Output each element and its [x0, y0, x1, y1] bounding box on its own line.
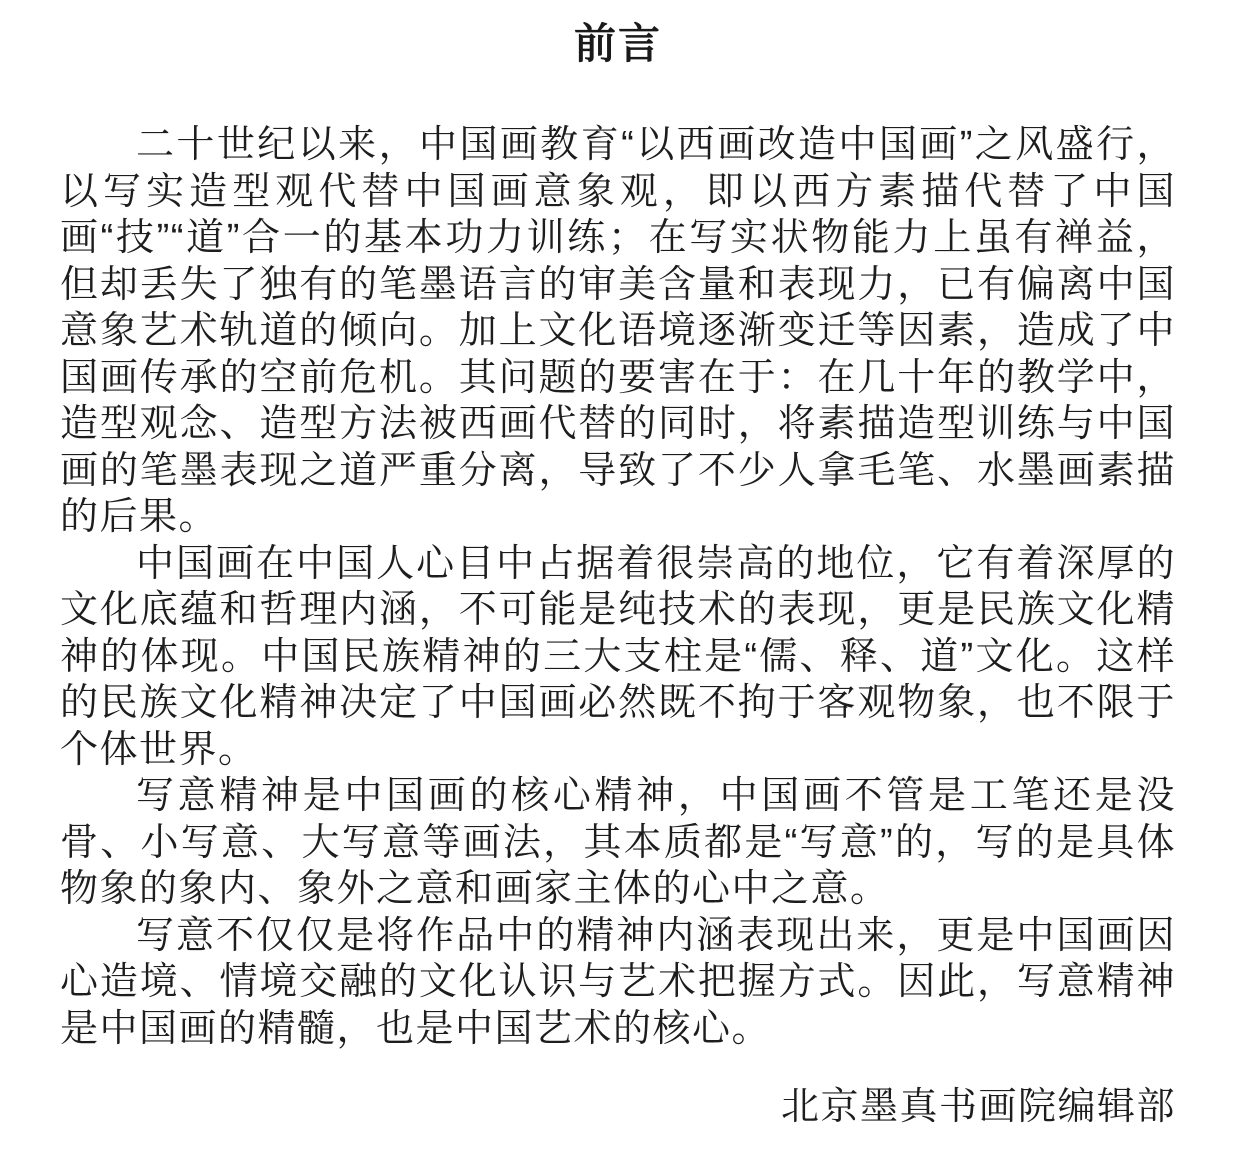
page-title: 前言: [60, 22, 1176, 66]
paragraph-2: 中国画在中国人心目中占据着很崇高的地位，它有着深厚的文化底蕴和哲理内涵，不可能是…: [60, 541, 1176, 774]
preface-page: 前言 二十世纪以来，中国画教育“以西画改造中国画”之风盛行，以写实造型观代替中国…: [0, 0, 1236, 1164]
paragraph-3: 写意精神是中国画的核心精神，中国画不管是工笔还是没骨、小写意、大写意等画法，其本…: [60, 773, 1176, 913]
signature: 北京墨真书画院编辑部: [60, 1084, 1176, 1131]
paragraph-1: 二十世纪以来，中国画教育“以西画改造中国画”之风盛行，以写实造型观代替中国画意象…: [60, 122, 1176, 541]
document-body: 二十世纪以来，中国画教育“以西画改造中国画”之风盛行，以写实造型观代替中国画意象…: [60, 122, 1176, 1131]
paragraph-4: 写意不仅仅是将作品中的精神内涵表现出来，更是中国画因心造境、情境交融的文化认识与…: [60, 913, 1176, 1053]
